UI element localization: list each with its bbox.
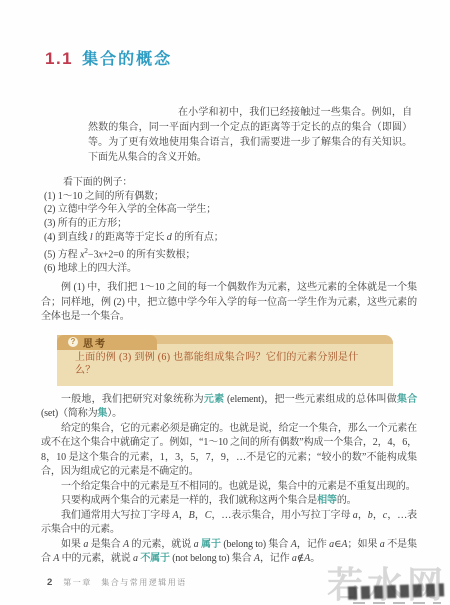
page-number: 2: [47, 577, 52, 588]
paragraph-determined: 给定的集合，它的元素必须是确定的。也就是说，给定一个集合，那么一个元素在或不在这…: [41, 422, 417, 480]
think-label: 思考: [83, 335, 107, 350]
section-title: 1.1集合的概念: [45, 46, 450, 69]
think-body: 上面的例 (3) 到例 (6) 也都能组成集合吗？它们的元素分别是什么？: [57, 344, 393, 386]
think-box: ? 思考 上面的例 (3) 到例 (6) 也都能组成集合吗？它们的元素分别是什么…: [57, 335, 393, 386]
section-number: 1.1: [45, 49, 73, 68]
examples-list: 看下面的例子： (1) 1～10 之间的所有偶数； (2) 立德中学今年入学的全…: [44, 176, 417, 275]
paragraph-letters: 我们通常用大写拉丁字母 A，B，C，…表示集合，用小写拉丁字母 a，b，c，…表…: [41, 509, 417, 538]
section-title-text: 集合的概念: [82, 51, 172, 68]
paragraph-definition: 一般地，我们把研究对象统称为元素 (element)，把一些元素组成的总体叫做集…: [41, 393, 417, 422]
examples-lead: 看下面的例子：: [44, 176, 417, 190]
think-question: 上面的例 (3) 到例 (6) 也都能组成集合吗？它们的元素分别是什么？: [75, 351, 377, 377]
page-footer: 2 第一章 集合与常用逻辑用语: [47, 577, 187, 588]
watermark-dashes: [353, 602, 441, 604]
watermark: 若水网: [326, 555, 448, 605]
chapter-title: 第一章 集合与常用逻辑用语: [63, 577, 187, 588]
example-item-4: (4) 到直线 l 的距离等于定长 d 的所有点；: [44, 231, 417, 245]
question-icon: ?: [68, 337, 78, 347]
example-item-6: (6) 地球上的四大洋。: [44, 262, 417, 276]
textbook-page: 1.1集合的概念 在小学和初中，我们已经接触过一些集合。例如，自然数的集合，同一…: [0, 0, 450, 605]
think-tab: ? 思考: [57, 335, 157, 350]
example-item-3: (3) 所有的正方形；: [44, 217, 417, 231]
example-item-5: (5) 方程 x2−3x+2=0 的所有实数根；: [44, 245, 417, 262]
paragraph-distinct: 一个给定集合中的元素是互不相同的。也就是说，集合中的元素是不重复出现的。: [41, 480, 417, 495]
example-item-1: (1) 1～10 之间的所有偶数；: [44, 190, 417, 204]
paragraph-example-elements: 例 (1) 中，我们把 1～10 之间的每一个偶数作为元素，这些元素的全体就是一…: [41, 281, 417, 325]
intro-paragraph: 在小学和初中，我们已经接触过一些集合。例如，自然数的集合，同一平面内到一个定点的…: [88, 105, 412, 165]
example-item-2: (2) 立德中学今年入学的全体高一学生；: [44, 203, 417, 217]
paragraph-equal: 只要构成两个集合的元素是一样的，我们就称这两个集合是相等的。: [41, 494, 417, 509]
